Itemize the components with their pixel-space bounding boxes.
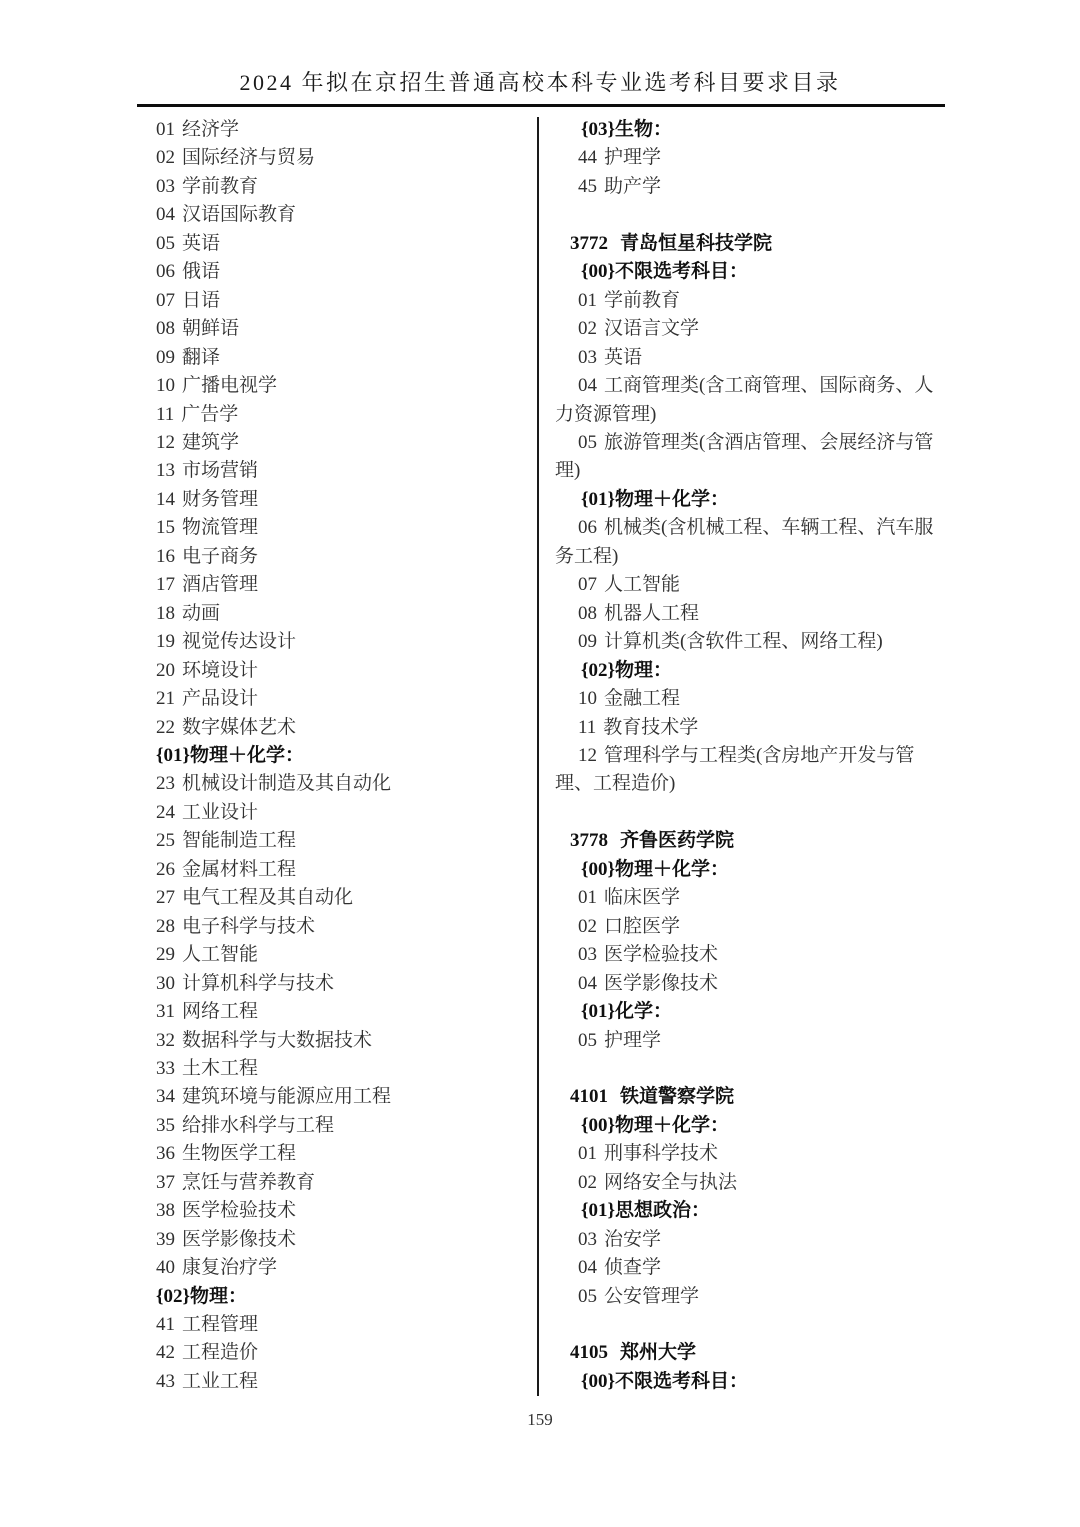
major-name: 护理学 <box>604 147 661 168</box>
major-item: 05公安管理学 <box>555 1283 952 1311</box>
major-name: 汉语国际教育 <box>182 204 296 225</box>
major-number: 28 <box>156 916 175 937</box>
major-item: 22数字媒体艺术 <box>156 714 534 742</box>
major-number: 04 <box>578 973 597 994</box>
major-item: 03医学检验技术 <box>555 941 952 969</box>
subject-requirement-heading: {01}物理＋化学： <box>555 486 952 514</box>
major-name: 英语 <box>182 233 220 254</box>
major-number: 21 <box>156 688 175 709</box>
major-item: 09翻译 <box>156 344 534 372</box>
major-name: 烹饪与营养教育 <box>182 1172 315 1193</box>
major-name: 视觉传达设计 <box>182 631 296 652</box>
subject-requirement-heading: {02}物理： <box>555 657 952 685</box>
major-number: 01 <box>578 1143 597 1164</box>
major-name: 朝鲜语 <box>182 318 239 339</box>
school-code: 4105 <box>570 1342 608 1363</box>
major-number: 03 <box>578 1229 597 1250</box>
major-number: 44 <box>578 147 597 168</box>
major-name: 学前教育 <box>182 176 258 197</box>
major-item: 07人工智能 <box>555 571 952 599</box>
major-item: 04侦查学 <box>555 1254 952 1282</box>
major-name: 广播电视学 <box>182 375 277 396</box>
major-item: 28电子科学与技术 <box>156 913 534 941</box>
major-number: 17 <box>156 574 175 595</box>
major-item: 27电气工程及其自动化 <box>156 884 534 912</box>
major-name: 机械类(含机械工程、车辆工程、汽车服务工程) <box>555 517 933 566</box>
school-name: 齐鲁医药学院 <box>620 830 734 851</box>
major-item: 38医学检验技术 <box>156 1197 534 1225</box>
major-item: 03治安学 <box>555 1226 952 1254</box>
major-name: 环境设计 <box>182 660 258 681</box>
major-item: 37烹饪与营养教育 <box>156 1169 534 1197</box>
major-number: 09 <box>156 347 175 368</box>
major-number: 19 <box>156 631 175 652</box>
major-item: 33土木工程 <box>156 1055 534 1083</box>
major-item: 32数据科学与大数据技术 <box>156 1027 534 1055</box>
subject-requirement-heading: {01}物理＋化学： <box>156 742 534 770</box>
school-heading: 3778齐鲁医药学院 <box>555 827 952 855</box>
major-item: 10金融工程 <box>555 685 952 713</box>
major-item: 04医学影像技术 <box>555 970 952 998</box>
school-heading: 4105郑州大学 <box>555 1339 952 1367</box>
major-name: 医学影像技术 <box>604 973 718 994</box>
subject-requirement-heading: {01}化学： <box>555 998 952 1026</box>
major-name: 医学影像技术 <box>182 1229 296 1250</box>
school-name: 郑州大学 <box>620 1342 696 1363</box>
major-number: 06 <box>156 261 175 282</box>
major-number: 35 <box>156 1115 175 1136</box>
major-item: 13市场营销 <box>156 457 534 485</box>
major-item: 11广告学 <box>156 401 534 429</box>
major-number: 12 <box>578 745 597 766</box>
major-number: 22 <box>156 717 175 738</box>
major-name: 学前教育 <box>604 290 680 311</box>
major-number: 16 <box>156 546 175 567</box>
major-item: 06俄语 <box>156 258 534 286</box>
major-name: 工业工程 <box>182 1371 258 1392</box>
subject-requirement-heading: {00}物理＋化学： <box>555 856 952 884</box>
major-number: 32 <box>156 1030 175 1051</box>
major-number: 40 <box>156 1257 175 1278</box>
major-number: 31 <box>156 1001 175 1022</box>
major-number: 27 <box>156 887 175 908</box>
major-number: 05 <box>156 233 175 254</box>
major-item: 11教育技术学 <box>555 714 952 742</box>
major-item: 24工业设计 <box>156 799 534 827</box>
page-number: 159 <box>0 1410 1080 1430</box>
major-item: 03英语 <box>555 344 952 372</box>
major-number: 39 <box>156 1229 175 1250</box>
major-item: 01临床医学 <box>555 884 952 912</box>
major-name: 刑事科学技术 <box>604 1143 718 1164</box>
major-name: 酒店管理 <box>182 574 258 595</box>
major-number: 06 <box>578 517 597 538</box>
major-item: 39医学影像技术 <box>156 1226 534 1254</box>
major-name: 物流管理 <box>182 517 258 538</box>
major-number: 41 <box>156 1314 175 1335</box>
major-name: 电子商务 <box>182 546 258 567</box>
major-item: 20环境设计 <box>156 657 534 685</box>
major-number: 10 <box>578 688 597 709</box>
major-number: 08 <box>156 318 175 339</box>
major-number: 03 <box>578 347 597 368</box>
major-number: 05 <box>578 432 597 453</box>
major-name: 市场营销 <box>182 460 258 481</box>
major-number: 02 <box>578 318 597 339</box>
major-number: 30 <box>156 973 175 994</box>
major-item: 05英语 <box>156 230 534 258</box>
major-name: 金融工程 <box>604 688 680 709</box>
major-number: 11 <box>578 717 596 738</box>
major-name: 治安学 <box>604 1229 661 1250</box>
major-item: 43工业工程 <box>156 1368 534 1396</box>
major-item: 45助产学 <box>555 173 952 201</box>
blank-line <box>555 1311 952 1339</box>
major-item: 10广播电视学 <box>156 372 534 400</box>
major-name: 财务管理 <box>182 489 258 510</box>
major-name: 临床医学 <box>604 887 680 908</box>
major-name: 电气工程及其自动化 <box>182 887 353 908</box>
subject-requirement-heading: {00}不限选考科目： <box>555 1368 952 1396</box>
major-number: 03 <box>578 944 597 965</box>
major-number: 05 <box>578 1286 597 1307</box>
major-item: 31网络工程 <box>156 998 534 1026</box>
major-name: 俄语 <box>182 261 220 282</box>
major-item: 35给排水科学与工程 <box>156 1112 534 1140</box>
major-item: 42工程造价 <box>156 1339 534 1367</box>
major-number: 20 <box>156 660 175 681</box>
header-rule <box>137 104 945 107</box>
major-name: 土木工程 <box>182 1058 258 1079</box>
major-name: 口腔医学 <box>604 916 680 937</box>
major-name: 计算机类(含软件工程、网络工程) <box>604 631 883 652</box>
major-name: 工业设计 <box>182 802 258 823</box>
major-name: 助产学 <box>604 176 661 197</box>
school-code: 3778 <box>570 830 608 851</box>
major-name: 医学检验技术 <box>604 944 718 965</box>
major-item: 08机器人工程 <box>555 600 952 628</box>
major-name: 建筑学 <box>182 432 239 453</box>
major-item: 03学前教育 <box>156 173 534 201</box>
major-item: 05护理学 <box>555 1027 952 1055</box>
major-number: 03 <box>156 176 175 197</box>
major-number: 42 <box>156 1342 175 1363</box>
major-number: 38 <box>156 1200 175 1221</box>
major-name: 机器人工程 <box>604 603 699 624</box>
major-item: 01学前教育 <box>555 287 952 315</box>
major-number: 04 <box>156 204 175 225</box>
major-name: 人工智能 <box>182 944 258 965</box>
major-item: 36生物医学工程 <box>156 1140 534 1168</box>
major-number: 02 <box>578 1172 597 1193</box>
major-item: 02汉语言文学 <box>555 315 952 343</box>
major-number: 29 <box>156 944 175 965</box>
school-code: 4101 <box>570 1086 608 1107</box>
major-name: 旅游管理类(含酒店管理、会展经济与管理) <box>555 432 933 481</box>
document-page: 2024 年拟在京招生普通高校本科专业选考科目要求目录 01经济学02国际经济与… <box>0 0 1080 1527</box>
major-name: 网络工程 <box>182 1001 258 1022</box>
major-number: 15 <box>156 517 175 538</box>
major-number: 10 <box>156 375 175 396</box>
blank-line <box>555 799 952 827</box>
major-number: 24 <box>156 802 175 823</box>
major-name: 给排水科学与工程 <box>182 1115 334 1136</box>
major-item: 09计算机类(含软件工程、网络工程) <box>555 628 952 656</box>
major-item: 02国际经济与贸易 <box>156 144 534 172</box>
major-name: 金属材料工程 <box>182 859 296 880</box>
major-name: 公安管理学 <box>604 1286 699 1307</box>
major-number: 23 <box>156 773 175 794</box>
right-column: {03}生物：44护理学45助产学 3772青岛恒星科技学院{00}不限选考科目… <box>555 116 952 1396</box>
subject-requirement-heading: {01}思想政治： <box>555 1197 952 1225</box>
major-number: 12 <box>156 432 175 453</box>
major-item: 29人工智能 <box>156 941 534 969</box>
major-item: 34建筑环境与能源应用工程 <box>156 1083 534 1111</box>
subject-requirement-heading: {03}生物： <box>555 116 952 144</box>
school-heading: 3772青岛恒星科技学院 <box>555 230 952 258</box>
page-title: 2024 年拟在京招生普通高校本科专业选考科目要求目录 <box>0 66 1080 97</box>
major-name: 生物医学工程 <box>182 1143 296 1164</box>
major-item: 08朝鲜语 <box>156 315 534 343</box>
major-name: 翻译 <box>182 347 220 368</box>
major-number: 02 <box>156 147 175 168</box>
major-item: 44护理学 <box>555 144 952 172</box>
major-item: 23机械设计制造及其自动化 <box>156 770 534 798</box>
blank-line <box>555 1055 952 1083</box>
major-number: 13 <box>156 460 175 481</box>
major-item: 25智能制造工程 <box>156 827 534 855</box>
major-number: 45 <box>578 176 597 197</box>
major-number: 04 <box>578 1257 597 1278</box>
major-item: 16电子商务 <box>156 543 534 571</box>
major-name: 汉语言文学 <box>604 318 699 339</box>
major-name: 智能制造工程 <box>182 830 296 851</box>
major-number: 08 <box>578 603 597 624</box>
major-number: 18 <box>156 603 175 624</box>
subject-requirement-heading: {02}物理： <box>156 1283 534 1311</box>
major-name: 护理学 <box>604 1030 661 1051</box>
major-item: 41工程管理 <box>156 1311 534 1339</box>
major-name: 计算机科学与技术 <box>182 973 334 994</box>
major-item: 26金属材料工程 <box>156 856 534 884</box>
major-item: 01经济学 <box>156 116 534 144</box>
major-name: 工商管理类(含工商管理、国际商务、人力资源管理) <box>555 375 933 424</box>
major-name: 侦查学 <box>604 1257 661 1278</box>
major-name: 康复治疗学 <box>182 1257 277 1278</box>
major-number: 01 <box>578 887 597 908</box>
major-name: 医学检验技术 <box>182 1200 296 1221</box>
major-number: 01 <box>156 119 175 140</box>
major-name: 产品设计 <box>182 688 258 709</box>
major-item: 01刑事科学技术 <box>555 1140 952 1168</box>
major-number: 37 <box>156 1172 175 1193</box>
major-name: 工程管理 <box>182 1314 258 1335</box>
major-item: 07日语 <box>156 287 534 315</box>
school-name: 青岛恒星科技学院 <box>620 233 772 254</box>
major-item: 12管理科学与工程类(含房地产开发与管理、工程造价) <box>555 742 952 799</box>
major-name: 网络安全与执法 <box>604 1172 737 1193</box>
major-name: 广告学 <box>181 404 238 425</box>
major-number: 09 <box>578 631 597 652</box>
major-name: 教育技术学 <box>603 717 698 738</box>
major-number: 33 <box>156 1058 175 1079</box>
left-column: 01经济学02国际经济与贸易03学前教育04汉语国际教育05英语06俄语07日语… <box>156 116 534 1396</box>
major-name: 英语 <box>604 347 642 368</box>
major-item: 04汉语国际教育 <box>156 201 534 229</box>
major-number: 07 <box>578 574 597 595</box>
blank-line <box>555 201 952 229</box>
major-item: 05旅游管理类(含酒店管理、会展经济与管理) <box>555 429 952 486</box>
major-name: 管理科学与工程类(含房地产开发与管理、工程造价) <box>555 745 914 794</box>
major-item: 02网络安全与执法 <box>555 1169 952 1197</box>
major-name: 数字媒体艺术 <box>182 717 296 738</box>
major-name: 人工智能 <box>604 574 680 595</box>
major-name: 动画 <box>182 603 220 624</box>
major-item: 14财务管理 <box>156 486 534 514</box>
major-number: 02 <box>578 916 597 937</box>
major-item: 06机械类(含机械工程、车辆工程、汽车服务工程) <box>555 514 952 571</box>
major-item: 18动画 <box>156 600 534 628</box>
major-name: 电子科学与技术 <box>182 916 315 937</box>
major-number: 43 <box>156 1371 175 1392</box>
major-number: 05 <box>578 1030 597 1051</box>
major-item: 30计算机科学与技术 <box>156 970 534 998</box>
major-name: 建筑环境与能源应用工程 <box>182 1086 391 1107</box>
major-number: 11 <box>156 404 174 425</box>
major-item: 19视觉传达设计 <box>156 628 534 656</box>
major-name: 经济学 <box>182 119 239 140</box>
major-item: 15物流管理 <box>156 514 534 542</box>
major-item: 17酒店管理 <box>156 571 534 599</box>
major-number: 14 <box>156 489 175 510</box>
major-number: 34 <box>156 1086 175 1107</box>
major-number: 01 <box>578 290 597 311</box>
major-name: 日语 <box>182 290 220 311</box>
subject-requirement-heading: {00}不限选考科目： <box>555 258 952 286</box>
major-name: 机械设计制造及其自动化 <box>182 773 391 794</box>
subject-requirement-heading: {00}物理＋化学： <box>555 1112 952 1140</box>
major-item: 04工商管理类(含工商管理、国际商务、人力资源管理) <box>555 372 952 429</box>
major-number: 25 <box>156 830 175 851</box>
major-item: 21产品设计 <box>156 685 534 713</box>
column-divider <box>537 117 539 1396</box>
major-number: 07 <box>156 290 175 311</box>
school-heading: 4101铁道警察学院 <box>555 1083 952 1111</box>
major-item: 02口腔医学 <box>555 913 952 941</box>
major-name: 工程造价 <box>182 1342 258 1363</box>
major-item: 40康复治疗学 <box>156 1254 534 1282</box>
school-code: 3772 <box>570 233 608 254</box>
major-number: 04 <box>578 375 597 396</box>
major-name: 数据科学与大数据技术 <box>182 1030 372 1051</box>
major-number: 36 <box>156 1143 175 1164</box>
school-name: 铁道警察学院 <box>620 1086 734 1107</box>
major-number: 26 <box>156 859 175 880</box>
major-item: 12建筑学 <box>156 429 534 457</box>
major-name: 国际经济与贸易 <box>182 147 315 168</box>
